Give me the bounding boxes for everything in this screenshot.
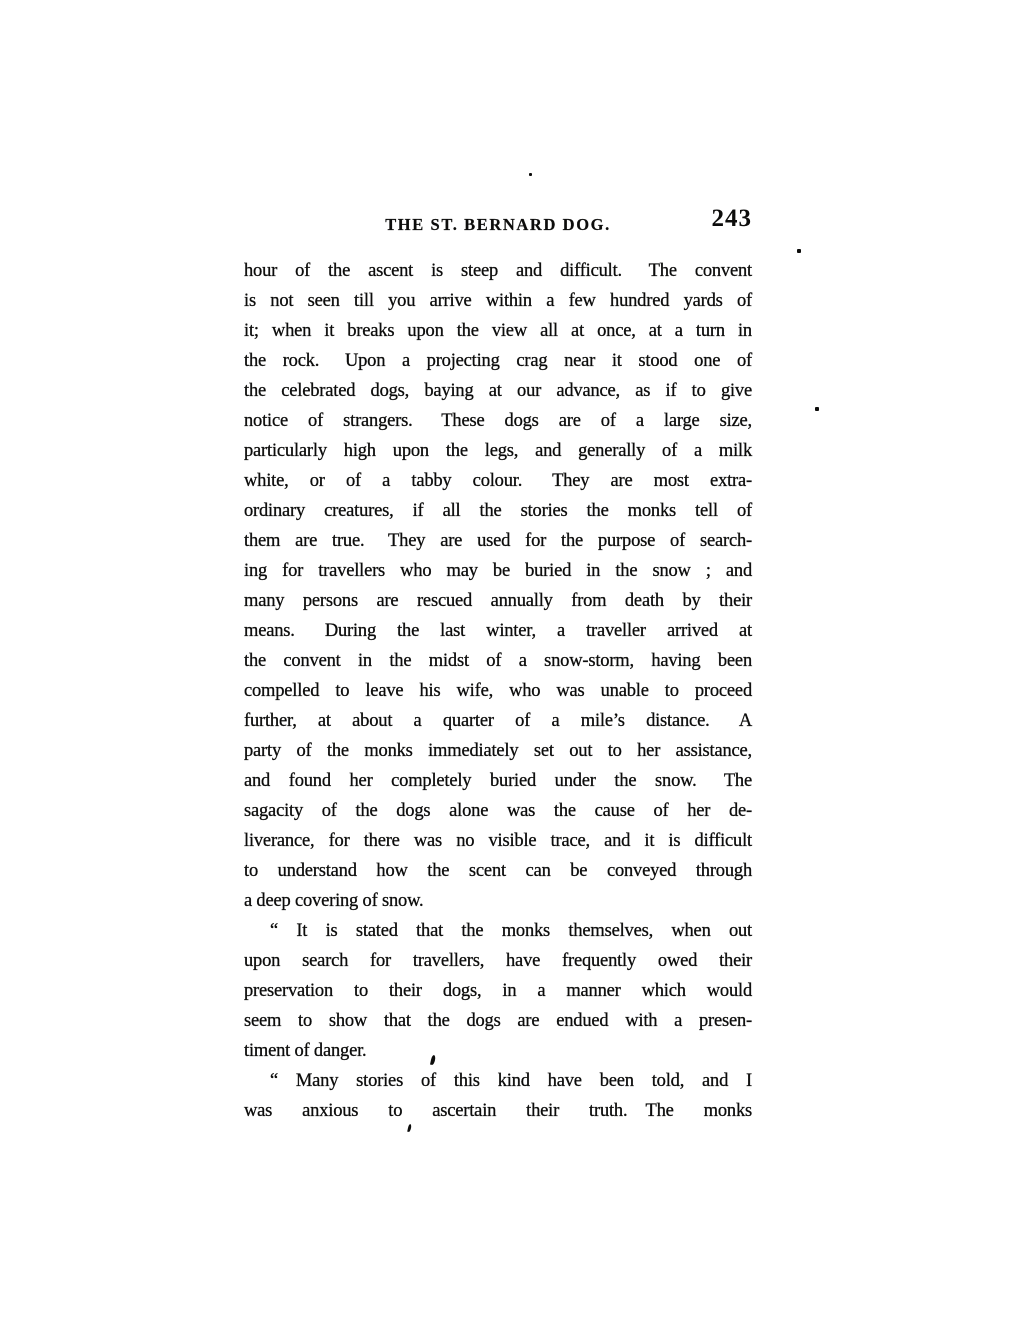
- page-number: 243: [244, 206, 752, 231]
- text-line: them are true. They are used for the pur…: [244, 526, 752, 556]
- text-line: ing for travellers who may be buried in …: [244, 556, 752, 586]
- text-line: to understand how the scent can be conve…: [244, 856, 752, 886]
- text-line: hour of the ascent is steep and difficul…: [244, 256, 752, 286]
- text-line: and found her completely buried under th…: [244, 766, 752, 796]
- scan-artifact: [529, 173, 532, 176]
- text-line: notice of strangers. These dogs are of a…: [244, 406, 752, 436]
- text-line: the convent in the midst of a snow-storm…: [244, 646, 752, 676]
- text-line: a deep covering of snow.: [244, 886, 752, 916]
- text-line: timent of danger.: [244, 1036, 752, 1066]
- text-line: seem to show that the dogs are endued wi…: [244, 1006, 752, 1036]
- text-line: party of the monks immediately set out t…: [244, 736, 752, 766]
- text-line: “ Many stories of this kind have been to…: [244, 1066, 752, 1096]
- text-line: particularly high upon the legs, and gen…: [244, 436, 752, 466]
- scan-artifact: [797, 249, 801, 253]
- text-line: further, at about a quarter of a mile’s …: [244, 706, 752, 736]
- text-line: is not seen till you arrive within a few…: [244, 286, 752, 316]
- text-line: upon search for travellers, have frequen…: [244, 946, 752, 976]
- text-line: the celebrated dogs, baying at our advan…: [244, 376, 752, 406]
- text-line: white, or of a tabby colour. They are mo…: [244, 466, 752, 496]
- text-line: ordinary creatures, if all the stories t…: [244, 496, 752, 526]
- text-line: liverance, for there was no visible trac…: [244, 826, 752, 856]
- scanned-book-page: THE ST. BERNARD DOG. 243 hour of the asc…: [0, 0, 1033, 1339]
- text-line: the rock. Upon a projecting crag near it…: [244, 346, 752, 376]
- text-line: was anxious to ascertain their truth. Th…: [244, 1096, 752, 1126]
- body-text: hour of the ascent is steep and difficul…: [244, 256, 752, 1126]
- text-line: compelled to leave his wife, who was una…: [244, 676, 752, 706]
- text-line: it; when it breaks upon the view all at …: [244, 316, 752, 346]
- scan-artifact: [815, 407, 819, 411]
- text-line: “ It is stated that the monks themselves…: [244, 916, 752, 946]
- scan-artifact: [407, 1124, 412, 1132]
- text-line: many persons are rescued annually from d…: [244, 586, 752, 616]
- text-line: means. During the last winter, a travell…: [244, 616, 752, 646]
- text-line: sagacity of the dogs alone was the cause…: [244, 796, 752, 826]
- text-line: preservation to their dogs, in a manner …: [244, 976, 752, 1006]
